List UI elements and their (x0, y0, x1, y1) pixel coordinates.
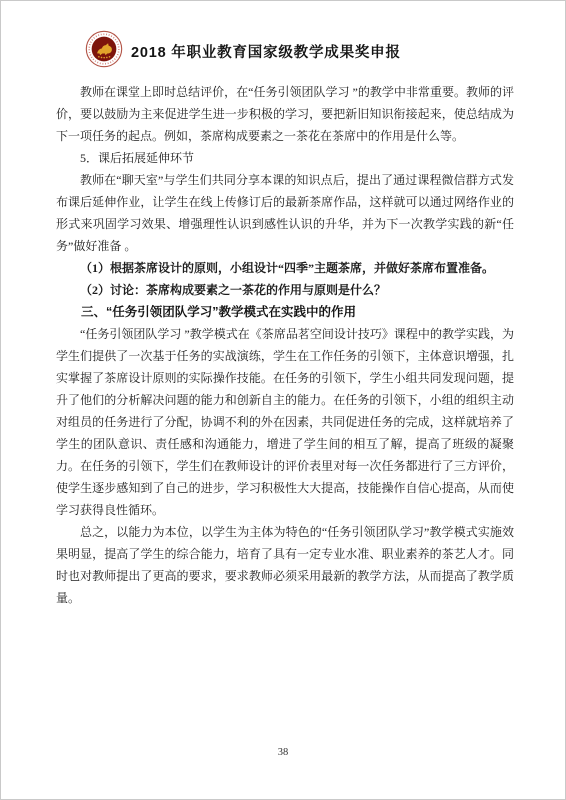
page-header: 2018 年职业教育国家级教学成果奖申报 (1, 1, 565, 79)
paragraph-extension-homework: 教师在“聊天室”与学生们共同分享本课的知识点后，提出了通过课程微信群方式发布课后… (56, 169, 514, 257)
document-body: 教师在课堂上即时总结评价，在“任务引领团队学习 ”的教学中非常重要。教师的评价，… (56, 81, 514, 609)
school-seal-icon (85, 30, 123, 68)
list-item-step5: 5．课后拓展延伸环节 (56, 147, 514, 169)
section-heading-three: 三、“任务引领团队学习”教学模式在实践中的作用 (56, 301, 514, 323)
list-item-1: （1）根据茶席设计的原则，小组设计“四季”主题茶席，并做好茶席布置准备。 (56, 257, 514, 279)
document-page: 2018 年职业教育国家级教学成果奖申报 教师在课堂上即时总结评价，在“任务引领… (0, 0, 566, 800)
page-number: 38 (1, 747, 565, 758)
list-item-2: （2）讨论：茶席构成要素之一茶花的作用与原则是什么？ (56, 279, 514, 301)
paragraph-summary-evaluation: 教师在课堂上即时总结评价，在“任务引领团队学习 ”的教学中非常重要。教师的评价，… (56, 81, 514, 147)
document-title: 2018 年职业教育国家级教学成果奖申报 (131, 41, 401, 62)
paragraph-conclusion: 总之，以能力为本位，以学生为主体为特色的“任务引领团队学习”教学模式实施效果明显… (56, 521, 514, 609)
paragraph-practice-effect: “任务引领团队学习 ”教学模式在《茶席品茗空间设计技巧》课程中的教学实践，为学生… (56, 323, 514, 521)
